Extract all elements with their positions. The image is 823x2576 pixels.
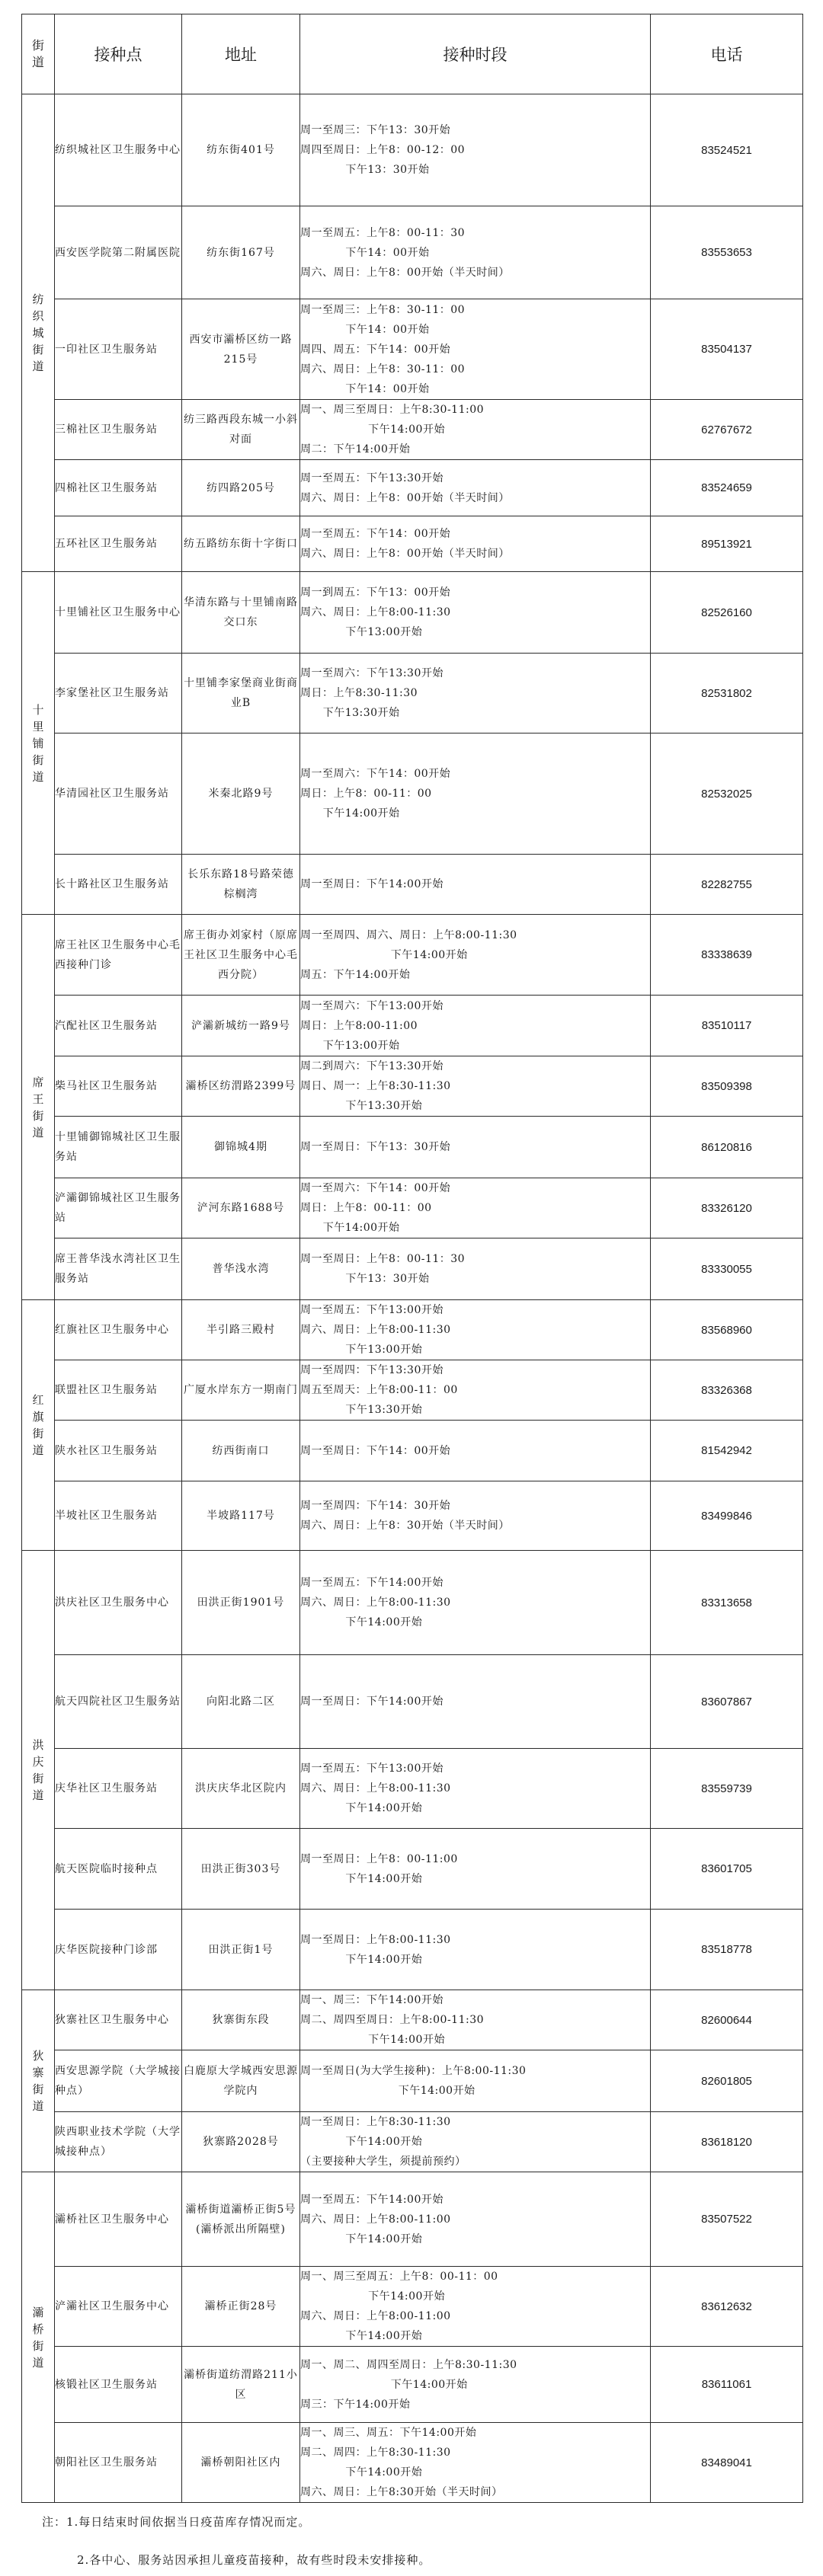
- site-cell: 狄寨社区卫生服务中心: [55, 1990, 182, 2050]
- address-cell: 狄寨路2028号: [182, 2112, 300, 2172]
- time-cell: 周一、周三、周五：下午14:00开始周二、周四：上午8:30-11:30 下午1…: [300, 2423, 651, 2503]
- time-line: 下午13:00开始: [300, 622, 650, 642]
- time-line: 周日：上午8：00-11：00: [300, 784, 650, 804]
- time-cell: 周一至周三：下午13：30开始周四至周日：上午8：00-12：00 下午13：3…: [300, 94, 651, 206]
- phone-cell: 83612632: [651, 2267, 803, 2347]
- time-line: 周一至周四、周六、周日：上午8:00-11:30: [300, 925, 650, 945]
- time-line: 周四至周日：上午8：00-12：00: [300, 140, 650, 160]
- time-cell: 周二到周六：下午13:30开始周日、周一：上午8:30-11:30 下午13:3…: [300, 1056, 651, 1117]
- address-cell: 纺东街167号: [182, 206, 300, 299]
- time-cell: 周一至周五：下午13:00开始周六、周日：上午8:00-11:30 下午13:0…: [300, 1300, 651, 1360]
- note-2: 2.各中心、服务站因承担儿童疫苗接种，故有些时段未安排接种。: [77, 2552, 431, 2568]
- address-cell: 灞桥街道纺渭路211小区: [182, 2347, 300, 2423]
- time-cell: 周一、周二、周四至周日：上午8:30-11:30 下午14:00开始周三：下午1…: [300, 2347, 651, 2423]
- time-line: 下午14:00开始: [300, 2375, 650, 2395]
- phone-cell: 82532025: [651, 733, 803, 855]
- time-line: 周六、周日：上午8：00开始（半天时间）: [300, 488, 650, 508]
- time-line: 下午14：00开始: [300, 379, 650, 399]
- phone-cell: 83510117: [651, 996, 803, 1056]
- time-line: 周一至周日：上午8:00-11:30: [300, 1930, 650, 1950]
- time-cell: 周一至周六：下午14：00开始周日：上午8：00-11：00 下午14:00开始: [300, 733, 651, 855]
- time-line: 周一至周六：下午13:00开始: [300, 996, 650, 1016]
- time-line: 下午14:00开始: [300, 945, 650, 965]
- address-cell: 米秦北路9号: [182, 733, 300, 855]
- table-row: 朝阳社区卫生服务站灞桥朝阳社区内周一、周三、周五：下午14:00开始周二、周四：…: [22, 2423, 803, 2503]
- time-cell: 周一至周五：下午14:00开始周六、周日：上午8:00-11:00 下午14:0…: [300, 2172, 651, 2267]
- site-cell: 西安思源学院（大学城接种点）: [55, 2050, 182, 2112]
- time-line: 周一至周六：下午13:30开始: [300, 663, 650, 683]
- time-line: 周一至周日：上午8：00-11：30: [300, 1249, 650, 1269]
- time-line: 周一至周五：下午13:30开始: [300, 468, 650, 488]
- time-line: 周六、周日：上午8:00-11:30: [300, 602, 650, 622]
- street-label: 红旗街道: [31, 1392, 45, 1459]
- site-cell: 西安医学院第二附属医院: [55, 206, 182, 299]
- time-line: 周五至周天：上午8:00-11：00: [300, 1380, 650, 1400]
- time-line: 下午14:00开始: [300, 1798, 650, 1818]
- site-cell: 庆华社区卫生服务站: [55, 1749, 182, 1829]
- time-line: 周一至周日：下午14：00开始: [300, 1441, 650, 1461]
- table-row: 一印社区卫生服务站西安市灞桥区纺一路215号周一至周三：上午8：30-11：00…: [22, 299, 803, 400]
- time-line: 下午13:00开始: [300, 1036, 650, 1056]
- address-cell: 灞桥街道灞桥正街5号(灞桥派出所隔壁): [182, 2172, 300, 2267]
- street-cell: 红旗街道: [22, 1300, 55, 1551]
- table-row: 狄寨街道狄寨社区卫生服务中心狄寨街东段周一、周三：下午14:00开始周二、周四至…: [22, 1990, 803, 2050]
- address-cell: 灞桥区纺渭路2399号: [182, 1056, 300, 1117]
- street-label: 十里铺街道: [31, 702, 45, 785]
- site-cell: 席王社区卫生服务中心毛西接种门诊: [55, 915, 182, 996]
- time-line: 周六、周日：上午8：00开始（半天时间）: [300, 263, 650, 283]
- table-row: 红旗街道红旗社区卫生服务中心半引路三殿村周一至周五：下午13:00开始周六、周日…: [22, 1300, 803, 1360]
- phone-cell: 83499846: [651, 1481, 803, 1551]
- time-line: 周六、周日：上午8:00-11:00: [300, 2306, 650, 2326]
- street-label: 狄寨街道: [31, 2047, 45, 2114]
- site-cell: 朝阳社区卫生服务站: [55, 2423, 182, 2503]
- address-cell: 浐河东路1688号: [182, 1178, 300, 1238]
- address-cell: 纺四路205号: [182, 460, 300, 516]
- time-line: 下午14:00开始: [300, 2030, 650, 2050]
- address-cell: 田洪正街303号: [182, 1829, 300, 1910]
- site-cell: 汽配社区卫生服务站: [55, 996, 182, 1056]
- time-line: 周一、周三：下午14:00开始: [300, 1990, 650, 2010]
- table-row: 柴马社区卫生服务站灞桥区纺渭路2399号周二到周六：下午13:30开始周日、周一…: [22, 1056, 803, 1117]
- site-cell: 陕西职业技术学院（大学城接种点）: [55, 2112, 182, 2172]
- time-line: 下午13：30开始: [300, 1269, 650, 1289]
- address-cell: 灞桥朝阳社区内: [182, 2423, 300, 2503]
- time-line: 周六、周日：上午8:30开始（半天时间）: [300, 2482, 650, 2502]
- time-cell: 周一至周日：下午14:00开始: [300, 1655, 651, 1749]
- time-line: 周一、周三至周日：上午8:30-11:00: [300, 400, 650, 420]
- phone-cell: 83524659: [651, 460, 803, 516]
- street-cell: 席王街道: [22, 915, 55, 1300]
- time-line: 周一至周五：上午8：00-11：30: [300, 223, 650, 243]
- table-row: 汽配社区卫生服务站浐灞新城纺一路9号周一至周六：下午13:00开始周日：上午8:…: [22, 996, 803, 1056]
- time-line: 周六、周日：上午8:00-11:30: [300, 1320, 650, 1340]
- time-line: 周日：上午8:00-11:00: [300, 1016, 650, 1036]
- address-cell: 灞桥正街28号: [182, 2267, 300, 2347]
- time-cell: 周一至周四：下午14：30开始周六、周日：上午8：30开始（半天时间）: [300, 1481, 651, 1551]
- time-line: 下午14：00开始: [300, 320, 650, 340]
- address-cell: 御锦城4期: [182, 1117, 300, 1178]
- street-label: 灞桥街道: [31, 2304, 45, 2371]
- address-cell: 长乐东路18号路荣德棕榈湾: [182, 855, 300, 915]
- time-cell: 周一至周日：上午8：00-11：30 下午13：30开始: [300, 1238, 651, 1300]
- table-row: 十里铺街道十里铺社区卫生服务中心华清东路与十里铺南路交口东周一到周五：下午13：…: [22, 572, 803, 654]
- time-line: 下午14:00开始: [300, 2132, 650, 2152]
- street-label: 纺织城街道: [31, 291, 45, 375]
- phone-cell: 82600644: [651, 1990, 803, 2050]
- site-cell: 核锻社区卫生服务站: [55, 2347, 182, 2423]
- street-cell: 纺织城街道: [22, 94, 55, 572]
- time-cell: 周一至周五：下午13:00开始周六、周日：上午8:00-11:30 下午14:0…: [300, 1749, 651, 1829]
- site-cell: 五环社区卫生服务站: [55, 516, 182, 572]
- site-cell: 灞桥社区卫生服务中心: [55, 2172, 182, 2267]
- phone-cell: 83489041: [651, 2423, 803, 2503]
- site-cell: 华清园社区卫生服务站: [55, 733, 182, 855]
- time-line: 下午13:30开始: [300, 1096, 650, 1116]
- time-line: 周一至周日：下午13：30开始: [300, 1137, 650, 1157]
- site-cell: 红旗社区卫生服务中心: [55, 1300, 182, 1360]
- time-cell: 周一、周三至周日：上午8:30-11:00 下午14:00开始周二：下午14:0…: [300, 400, 651, 460]
- time-line: 周一到周五：下午13：00开始: [300, 583, 650, 602]
- site-cell: 庆华医院接种门诊部: [55, 1910, 182, 1990]
- table-header-row: 街道 接种点 地址 接种时段 电话: [22, 14, 803, 94]
- time-line: 下午14:00开始: [300, 2081, 650, 2101]
- phone-cell: 83504137: [651, 299, 803, 400]
- address-cell: 田洪正街1901号: [182, 1551, 300, 1655]
- phone-cell: 83507522: [651, 2172, 803, 2267]
- time-line: 下午14：00开始: [300, 243, 650, 263]
- time-cell: 周一至周六：下午14：00开始周日：上午8：00-11：00 下午14:00开始: [300, 1178, 651, 1238]
- table-row: 华清园社区卫生服务站米秦北路9号周一至周六：下午14：00开始周日：上午8：00…: [22, 733, 803, 855]
- site-cell: 航天医院临时接种点: [55, 1829, 182, 1910]
- time-cell: 周一至周日：上午8:00-11:30 下午14:00开始: [300, 1910, 651, 1990]
- table-row: 浐灞社区卫生服务中心灞桥正街28号周一、周三至周五：上午8：00-11：00 下…: [22, 2267, 803, 2347]
- phone-cell: 83313658: [651, 1551, 803, 1655]
- table-row: 席王街道席王社区卫生服务中心毛西接种门诊席王街办刘家村（原席王社区卫生服务中心毛…: [22, 915, 803, 996]
- table-row: 席王普华浅水湾社区卫生服务站普华浅水湾周一至周日：上午8：00-11：30 下午…: [22, 1238, 803, 1300]
- header-site: 接种点: [55, 14, 182, 94]
- time-cell: 周一至周三：上午8：30-11：00 下午14：00开始周四、周五：下午14：0…: [300, 299, 651, 400]
- time-line: 周一、周二、周四至周日：上午8:30-11:30: [300, 2355, 650, 2375]
- time-cell: 周一至周日：上午8:30-11:30 下午14:00开始（主要接种大学生，须提前…: [300, 2112, 651, 2172]
- time-line: 周一至周五：下午14:00开始: [300, 2190, 650, 2210]
- vaccination-schedule-table: 街道 接种点 地址 接种时段 电话 纺织城街道纺织城社区卫生服务中心纺东街401…: [21, 14, 803, 2503]
- time-line: 下午14:00开始: [300, 1950, 650, 1970]
- header-time: 接种时段: [300, 14, 651, 94]
- time-cell: 周一至周日：下午14:00开始: [300, 855, 651, 915]
- time-cell: 周一至周六：下午13:30开始周日：上午8:30-11:30 下午13:30开始: [300, 654, 651, 733]
- table-row: 四棉社区卫生服务站纺四路205号周一至周五：下午13:30开始周六、周日：上午8…: [22, 460, 803, 516]
- phone-cell: 83326368: [651, 1360, 803, 1421]
- site-cell: 纺织城社区卫生服务中心: [55, 94, 182, 206]
- table-row: 联盟社区卫生服务站广厦水岸东方一期南门周一至周四：下午13:30开始周五至周天：…: [22, 1360, 803, 1421]
- time-line: 周一至周日：上午8:30-11:30: [300, 2112, 650, 2132]
- phone-cell: 89513921: [651, 516, 803, 572]
- site-cell: 浐灞社区卫生服务中心: [55, 2267, 182, 2347]
- phone-cell: 83607867: [651, 1655, 803, 1749]
- phone-cell: 83524521: [651, 94, 803, 206]
- street-cell: 狄寨街道: [22, 1990, 55, 2172]
- header-street: 街道: [22, 14, 55, 94]
- time-line: 周二、周四：上午8:30-11:30: [300, 2443, 650, 2463]
- time-line: 周一至周五：下午13:00开始: [300, 1759, 650, 1779]
- time-line: （主要接种大学生，须提前预约）: [300, 2152, 650, 2172]
- time-line: 下午13:30开始: [300, 703, 650, 723]
- time-line: 下午14:00开始: [300, 804, 650, 823]
- phone-cell: 86120816: [651, 1117, 803, 1178]
- address-cell: 半坡路117号: [182, 1481, 300, 1551]
- address-cell: 普华浅水湾: [182, 1238, 300, 1300]
- time-line: 周六、周日：上午8：00开始（半天时间）: [300, 544, 650, 564]
- table-row: 半坡社区卫生服务站半坡路117号周一至周四：下午14：30开始周六、周日：上午8…: [22, 1481, 803, 1551]
- time-line: 下午14:00开始: [300, 1612, 650, 1632]
- address-cell: 十里铺李家堡商业街商业B: [182, 654, 300, 733]
- table-row: 西安医学院第二附属医院纺东街167号周一至周五：上午8：00-11：30 下午1…: [22, 206, 803, 299]
- time-line: 周四、周五：下午14：00开始: [300, 340, 650, 360]
- time-line: 周一至周五：下午13:00开始: [300, 1300, 650, 1320]
- table-row: 航天四院社区卫生服务站向阳北路二区周一至周日：下午14:00开始83607867: [22, 1655, 803, 1749]
- time-line: 下午14:00开始: [300, 1869, 650, 1889]
- table-row: 灞桥街道灞桥社区卫生服务中心灞桥街道灞桥正街5号(灞桥派出所隔壁)周一至周五：下…: [22, 2172, 803, 2267]
- site-cell: 四棉社区卫生服务站: [55, 460, 182, 516]
- time-line: 周日：上午8:30-11:30: [300, 683, 650, 703]
- time-line: 周一至周六：下午14：00开始: [300, 1178, 650, 1198]
- phone-cell: 83568960: [651, 1300, 803, 1360]
- time-line: 周二到周六：下午13:30开始: [300, 1056, 650, 1076]
- table-row: 长十路社区卫生服务站长乐东路18号路荣德棕榈湾周一至周日：下午14:00开始82…: [22, 855, 803, 915]
- time-cell: 周一、周三至周五：上午8：00-11：00 下午14:00开始周六、周日：上午8…: [300, 2267, 651, 2347]
- time-line: 周日：上午8：00-11：00: [300, 1198, 650, 1218]
- phone-cell: 82601805: [651, 2050, 803, 2112]
- phone-cell: 83326120: [651, 1178, 803, 1238]
- time-line: 下午13：30开始: [300, 160, 650, 180]
- phone-cell: 82282755: [651, 855, 803, 915]
- time-line: 下午14:00开始: [300, 420, 650, 439]
- table-row: 核锻社区卫生服务站灞桥街道纺渭路211小区周一、周二、周四至周日：上午8:30-…: [22, 2347, 803, 2423]
- address-cell: 半引路三殿村: [182, 1300, 300, 1360]
- site-cell: 席王普华浅水湾社区卫生服务站: [55, 1238, 182, 1300]
- street-cell: 灞桥街道: [22, 2172, 55, 2503]
- site-cell: 浐灞御锦城社区卫生服务站: [55, 1178, 182, 1238]
- time-cell: 周一至周日：下午14：00开始: [300, 1421, 651, 1481]
- phone-cell: 81542942: [651, 1421, 803, 1481]
- street-cell: 十里铺街道: [22, 572, 55, 915]
- table-row: 西安思源学院（大学城接种点）白鹿原大学城西安思源学院内周一至周日(为大学生接种)…: [22, 2050, 803, 2112]
- time-cell: 周一至周四、周六、周日：上午8:00-11:30 下午14:00开始周五：下午1…: [300, 915, 651, 996]
- time-cell: 周一、周三：下午14:00开始周二、周四至周日：上午8:00-11:30 下午1…: [300, 1990, 651, 2050]
- time-cell: 周一到周五：下午13：00开始周六、周日：上午8:00-11:30 下午13:0…: [300, 572, 651, 654]
- table-row: 陕水社区卫生服务站纺西街南口周一至周日：下午14：00开始81542942: [22, 1421, 803, 1481]
- time-line: 周一至周三：下午13：30开始: [300, 120, 650, 140]
- table-row: 陕西职业技术学院（大学城接种点）狄寨路2028号周一至周日：上午8:30-11:…: [22, 2112, 803, 2172]
- time-line: 周六、周日：上午8：30-11：00: [300, 360, 650, 379]
- address-cell: 洪庆庆华北区院内: [182, 1749, 300, 1829]
- phone-cell: 82526160: [651, 572, 803, 654]
- time-line: 周一至周日：下午14:00开始: [300, 874, 650, 894]
- phone-cell: 83338639: [651, 915, 803, 996]
- time-line: 周六、周日：上午8：30开始（半天时间）: [300, 1516, 650, 1536]
- time-cell: 周一至周日：下午13：30开始: [300, 1117, 651, 1178]
- address-cell: 浐灞新城纺一路9号: [182, 996, 300, 1056]
- time-line: 周一、周三、周五：下午14:00开始: [300, 2423, 650, 2443]
- time-cell: 周一至周日(为大学生接种)：上午8:00-11:30 下午14:00开始: [300, 2050, 651, 2112]
- time-line: 下午14:00开始: [300, 2287, 650, 2306]
- address-cell: 白鹿原大学城西安思源学院内: [182, 2050, 300, 2112]
- time-line: 下午13:00开始: [300, 1340, 650, 1360]
- time-line: 周六、周日：上午8:00-11:00: [300, 2210, 650, 2229]
- time-cell: 周一至周六：下午13:00开始周日：上午8:00-11:00 下午13:00开始: [300, 996, 651, 1056]
- site-cell: 航天四院社区卫生服务站: [55, 1655, 182, 1749]
- note-1: 注：1.每日结束时间依据当日疫苗库存情况而定。: [42, 2514, 310, 2530]
- time-line: 周一至周日：上午8：00-11:00: [300, 1849, 650, 1869]
- site-cell: 洪庆社区卫生服务中心: [55, 1551, 182, 1655]
- address-cell: 纺西街南口: [182, 1421, 300, 1481]
- table-row: 庆华医院接种门诊部田洪正街1号周一至周日：上午8:00-11:30 下午14:0…: [22, 1910, 803, 1990]
- address-cell: 田洪正街1号: [182, 1910, 300, 1990]
- time-line: 周一至周四：下午13:30开始: [300, 1360, 650, 1380]
- phone-cell: 83553653: [651, 206, 803, 299]
- phone-cell: 83330055: [651, 1238, 803, 1300]
- address-cell: 西安市灞桥区纺一路215号: [182, 299, 300, 400]
- address-cell: 向阳北路二区: [182, 1655, 300, 1749]
- table-row: 五环社区卫生服务站纺五路纺东街十字街口周一至周五：下午14：00开始周六、周日：…: [22, 516, 803, 572]
- address-cell: 纺三路西段东城一小斜对面: [182, 400, 300, 460]
- time-line: 周一至周三：上午8：30-11：00: [300, 300, 650, 320]
- phone-cell: 83509398: [651, 1056, 803, 1117]
- header-phone: 电话: [651, 14, 803, 94]
- address-cell: 纺五路纺东街十字街口: [182, 516, 300, 572]
- street-cell: 洪庆街道: [22, 1551, 55, 1990]
- site-cell: 陕水社区卫生服务站: [55, 1421, 182, 1481]
- phone-cell: 83559739: [651, 1749, 803, 1829]
- site-cell: 李家堡社区卫生服务站: [55, 654, 182, 733]
- site-cell: 柴马社区卫生服务站: [55, 1056, 182, 1117]
- table-row: 三棉社区卫生服务站纺三路西段东城一小斜对面周一、周三至周日：上午8:30-11:…: [22, 400, 803, 460]
- time-line: 下午13:30开始: [300, 1400, 650, 1420]
- phone-cell: 62767672: [651, 400, 803, 460]
- time-line: 周二：下午14:00开始: [300, 439, 650, 459]
- phone-cell: 83611061: [651, 2347, 803, 2423]
- header-address: 地址: [182, 14, 300, 94]
- time-line: 下午14:00开始: [300, 2326, 650, 2346]
- site-cell: 长十路社区卫生服务站: [55, 855, 182, 915]
- time-line: 周一、周三至周五：上午8：00-11：00: [300, 2267, 650, 2287]
- address-cell: 华清东路与十里铺南路交口东: [182, 572, 300, 654]
- site-cell: 联盟社区卫生服务站: [55, 1360, 182, 1421]
- time-line: 下午14:00开始: [300, 1218, 650, 1238]
- time-line: 周一至周六：下午14：00开始: [300, 764, 650, 784]
- time-line: 周二、周四至周日：上午8:00-11:30: [300, 2010, 650, 2030]
- time-cell: 周一至周五：下午14：00开始周六、周日：上午8：00开始（半天时间）: [300, 516, 651, 572]
- table-row: 庆华社区卫生服务站洪庆庆华北区院内周一至周五：下午13:00开始周六、周日：上午…: [22, 1749, 803, 1829]
- street-label: 席王街道: [31, 1074, 45, 1141]
- phone-cell: 83518778: [651, 1910, 803, 1990]
- time-line: 周六、周日：上午8:00-11:30: [300, 1593, 650, 1612]
- site-cell: 三棉社区卫生服务站: [55, 400, 182, 460]
- time-line: 周一至周五：下午14:00开始: [300, 1573, 650, 1593]
- time-cell: 周一至周四：下午13:30开始周五至周天：上午8:00-11：00 下午13:3…: [300, 1360, 651, 1421]
- address-cell: 纺东街401号: [182, 94, 300, 206]
- phone-cell: 83618120: [651, 2112, 803, 2172]
- time-cell: 周一至周五：下午13:30开始周六、周日：上午8：00开始（半天时间）: [300, 460, 651, 516]
- table-body: 纺织城街道纺织城社区卫生服务中心纺东街401号周一至周三：下午13：30开始周四…: [22, 94, 803, 2503]
- time-cell: 周一至周五：上午8：00-11：30 下午14：00开始周六、周日：上午8：00…: [300, 206, 651, 299]
- address-cell: 席王街办刘家村（原席王社区卫生服务中心毛西分院）: [182, 915, 300, 996]
- time-line: 周五：下午14:00开始: [300, 965, 650, 985]
- table-row: 纺织城街道纺织城社区卫生服务中心纺东街401号周一至周三：下午13：30开始周四…: [22, 94, 803, 206]
- time-line: 周一至周日(为大学生接种)：上午8:00-11:30: [300, 2061, 650, 2081]
- time-line: 周一至周四：下午14：30开始: [300, 1496, 650, 1516]
- time-line: 周一至周五：下午14：00开始: [300, 524, 650, 544]
- site-cell: 半坡社区卫生服务站: [55, 1481, 182, 1551]
- phone-cell: 83601705: [651, 1829, 803, 1910]
- time-cell: 周一至周日：上午8：00-11:00 下午14:00开始: [300, 1829, 651, 1910]
- time-line: 下午14:00开始: [300, 2463, 650, 2482]
- address-cell: 狄寨街东段: [182, 1990, 300, 2050]
- time-line: 周三：下午14:00开始: [300, 2395, 650, 2415]
- table-row: 航天医院临时接种点田洪正街303号周一至周日：上午8：00-11:00 下午14…: [22, 1829, 803, 1910]
- site-cell: 十里铺社区卫生服务中心: [55, 572, 182, 654]
- table-row: 李家堡社区卫生服务站十里铺李家堡商业街商业B周一至周六：下午13:30开始周日：…: [22, 654, 803, 733]
- table-row: 十里铺御锦城社区卫生服务站御锦城4期周一至周日：下午13：30开始8612081…: [22, 1117, 803, 1178]
- time-line: 下午14:00开始: [300, 2229, 650, 2249]
- time-line: 周六、周日：上午8:00-11:30: [300, 1779, 650, 1798]
- time-line: 周日、周一：上午8:30-11:30: [300, 1076, 650, 1096]
- site-cell: 十里铺御锦城社区卫生服务站: [55, 1117, 182, 1178]
- time-cell: 周一至周五：下午14:00开始周六、周日：上午8:00-11:30 下午14:0…: [300, 1551, 651, 1655]
- table-row: 洪庆街道洪庆社区卫生服务中心田洪正街1901号周一至周五：下午14:00开始周六…: [22, 1551, 803, 1655]
- time-line: 周一至周日：下午14:00开始: [300, 1692, 650, 1711]
- site-cell: 一印社区卫生服务站: [55, 299, 182, 400]
- address-cell: 广厦水岸东方一期南门: [182, 1360, 300, 1421]
- phone-cell: 82531802: [651, 654, 803, 733]
- street-label: 洪庆街道: [31, 1737, 45, 1804]
- table-row: 浐灞御锦城社区卫生服务站浐河东路1688号周一至周六：下午14：00开始周日：上…: [22, 1178, 803, 1238]
